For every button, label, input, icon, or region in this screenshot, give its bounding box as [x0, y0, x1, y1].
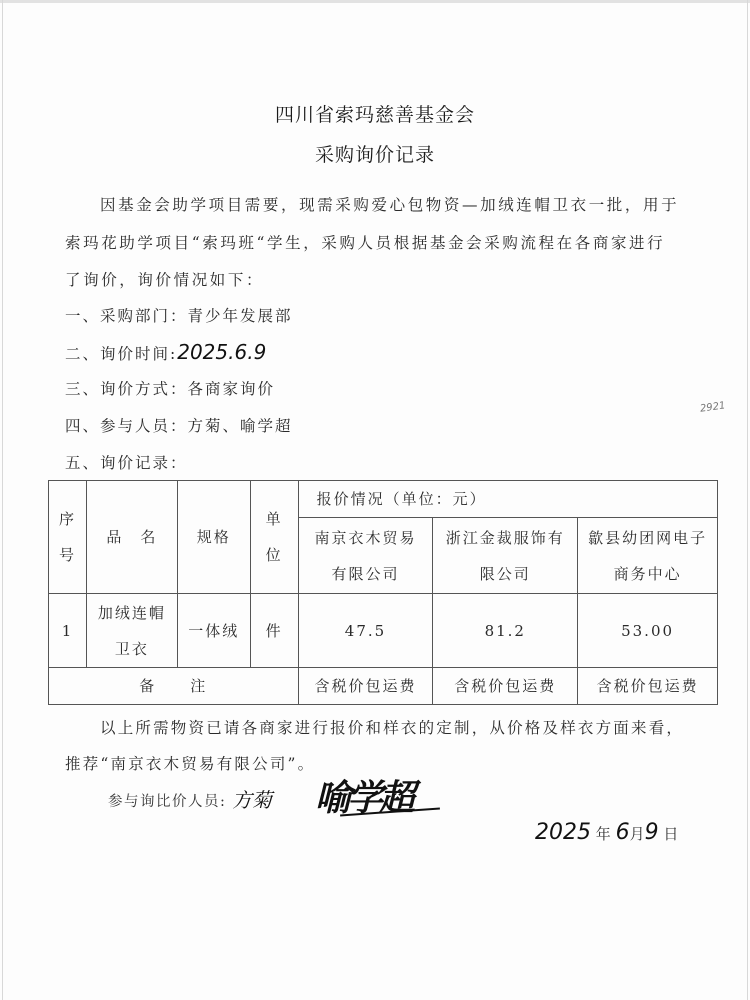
header-quote-group: 报价情况（单位：元） [298, 481, 717, 518]
header-seq-line: 号 [49, 537, 86, 573]
vendor-name-line: 歙县幼团网电子 [578, 520, 717, 556]
remarks-vendor-1: 含税价包运费 [298, 668, 433, 705]
item-label: 一、采购部门： [65, 307, 188, 325]
conclusion-line-1: 以上所需物资已请各商家进行报价和样衣的定制，从价格及样衣方面来看， [100, 716, 684, 738]
date-day: 9 [645, 820, 659, 845]
signature-fang-ju: 方菊 [232, 784, 272, 813]
item-participants: 四、参与人员：方菊、喻学超 [65, 414, 293, 436]
date-day-unit: 日 [663, 825, 678, 843]
item-value: 各商家询价 [188, 380, 276, 398]
vendor-name-line: 南京衣木贸易 [299, 520, 433, 556]
cell-name: 加绒连帽 卫衣 [86, 594, 177, 668]
header-name: 品 名 [86, 481, 177, 594]
vendor-name-line: 有限公司 [299, 556, 433, 592]
date-year: 2025 [535, 820, 591, 845]
signing-date: 2025 年 6月9 日 [535, 820, 678, 845]
document-title: 四川省索玛慈善基金会 [0, 100, 750, 127]
conclusion-line-2: 推荐“南京衣木贸易有限公司”。 [65, 752, 315, 774]
margin-note: 2921 [699, 400, 726, 414]
header-unit-line: 单 [251, 501, 298, 537]
vendor-name-line: 商务中心 [578, 556, 717, 592]
item-inquiry-method: 三、询价方式：各商家询价 [65, 377, 275, 399]
item-label: 四、参与人员： [65, 417, 188, 435]
quote-table: 序 号 品 名 规格 单 位 报价情况（单位：元） 南京衣木贸易 有限公司 浙江… [48, 480, 718, 705]
cell-name-line: 卫衣 [87, 631, 177, 667]
item-inquiry-time: 二、询价时间:2025.6.9 [65, 340, 266, 364]
item-label: 二、询价时间: [65, 345, 177, 363]
table-header-row: 序 号 品 名 规格 单 位 报价情况（单位：元） [49, 481, 718, 518]
date-month-unit: 月 [630, 825, 645, 843]
remarks-vendor-2: 含税价包运费 [433, 668, 578, 705]
signature-label: 参与询比价人员: [108, 790, 226, 811]
page-edge [0, 0, 750, 3]
header-unit-line: 位 [251, 537, 298, 573]
intro-paragraph-line-3: 了询价，询价情况如下： [65, 268, 264, 290]
intro-paragraph-line-2: 索玛花助学项目“索玛班“学生，采购人员根据基金会采购流程在各商家进行 [65, 231, 665, 253]
item-value: 青少年发展部 [188, 307, 293, 325]
item-department: 一、采购部门：青少年发展部 [65, 304, 293, 326]
header-vendor-1: 南京衣木贸易 有限公司 [298, 518, 433, 594]
vendor-name-line: 限公司 [433, 556, 577, 592]
item-label: 五、询价记录： [65, 454, 188, 472]
remarks-vendor-3: 含税价包运费 [578, 668, 718, 705]
table-remarks-row: 备 注 含税价包运费 含税价包运费 含税价包运费 [49, 668, 718, 705]
remarks-label: 备 注 [49, 668, 299, 705]
header-spec: 规格 [177, 481, 250, 594]
intro-paragraph-line-1: 因基金会助学项目需要，现需采购爱心包物资—加绒连帽卫衣一批，用于 [100, 193, 679, 215]
document-subtitle: 采购询价记录 [0, 140, 750, 167]
table-row: 1 加绒连帽 卫衣 一体绒 件 47.5 81.2 53.00 [49, 594, 718, 668]
header-seq-line: 序 [49, 501, 86, 537]
cell-price-vendor-3: 53.00 [578, 594, 718, 668]
handwritten-date: 2025.6.9 [177, 340, 266, 364]
item-value: 方菊、喻学超 [188, 417, 293, 435]
cell-name-line: 加绒连帽 [87, 595, 177, 631]
item-inquiry-record: 五、询价记录： [65, 451, 188, 473]
header-vendor-3: 歙县幼团网电子 商务中心 [578, 518, 718, 594]
date-month: 6 [616, 820, 630, 845]
cell-seq: 1 [49, 594, 87, 668]
header-vendor-2: 浙江金裁服饰有 限公司 [433, 518, 578, 594]
cell-price-vendor-2: 81.2 [433, 594, 578, 668]
cell-spec: 一体绒 [177, 594, 250, 668]
cell-unit: 件 [250, 594, 298, 668]
date-year-unit: 年 [596, 825, 611, 843]
header-unit: 单 位 [250, 481, 298, 594]
item-label: 三、询价方式： [65, 380, 188, 398]
vendor-name-line: 浙江金裁服饰有 [433, 520, 577, 556]
cell-price-vendor-1: 47.5 [298, 594, 433, 668]
header-seq: 序 号 [49, 481, 87, 594]
